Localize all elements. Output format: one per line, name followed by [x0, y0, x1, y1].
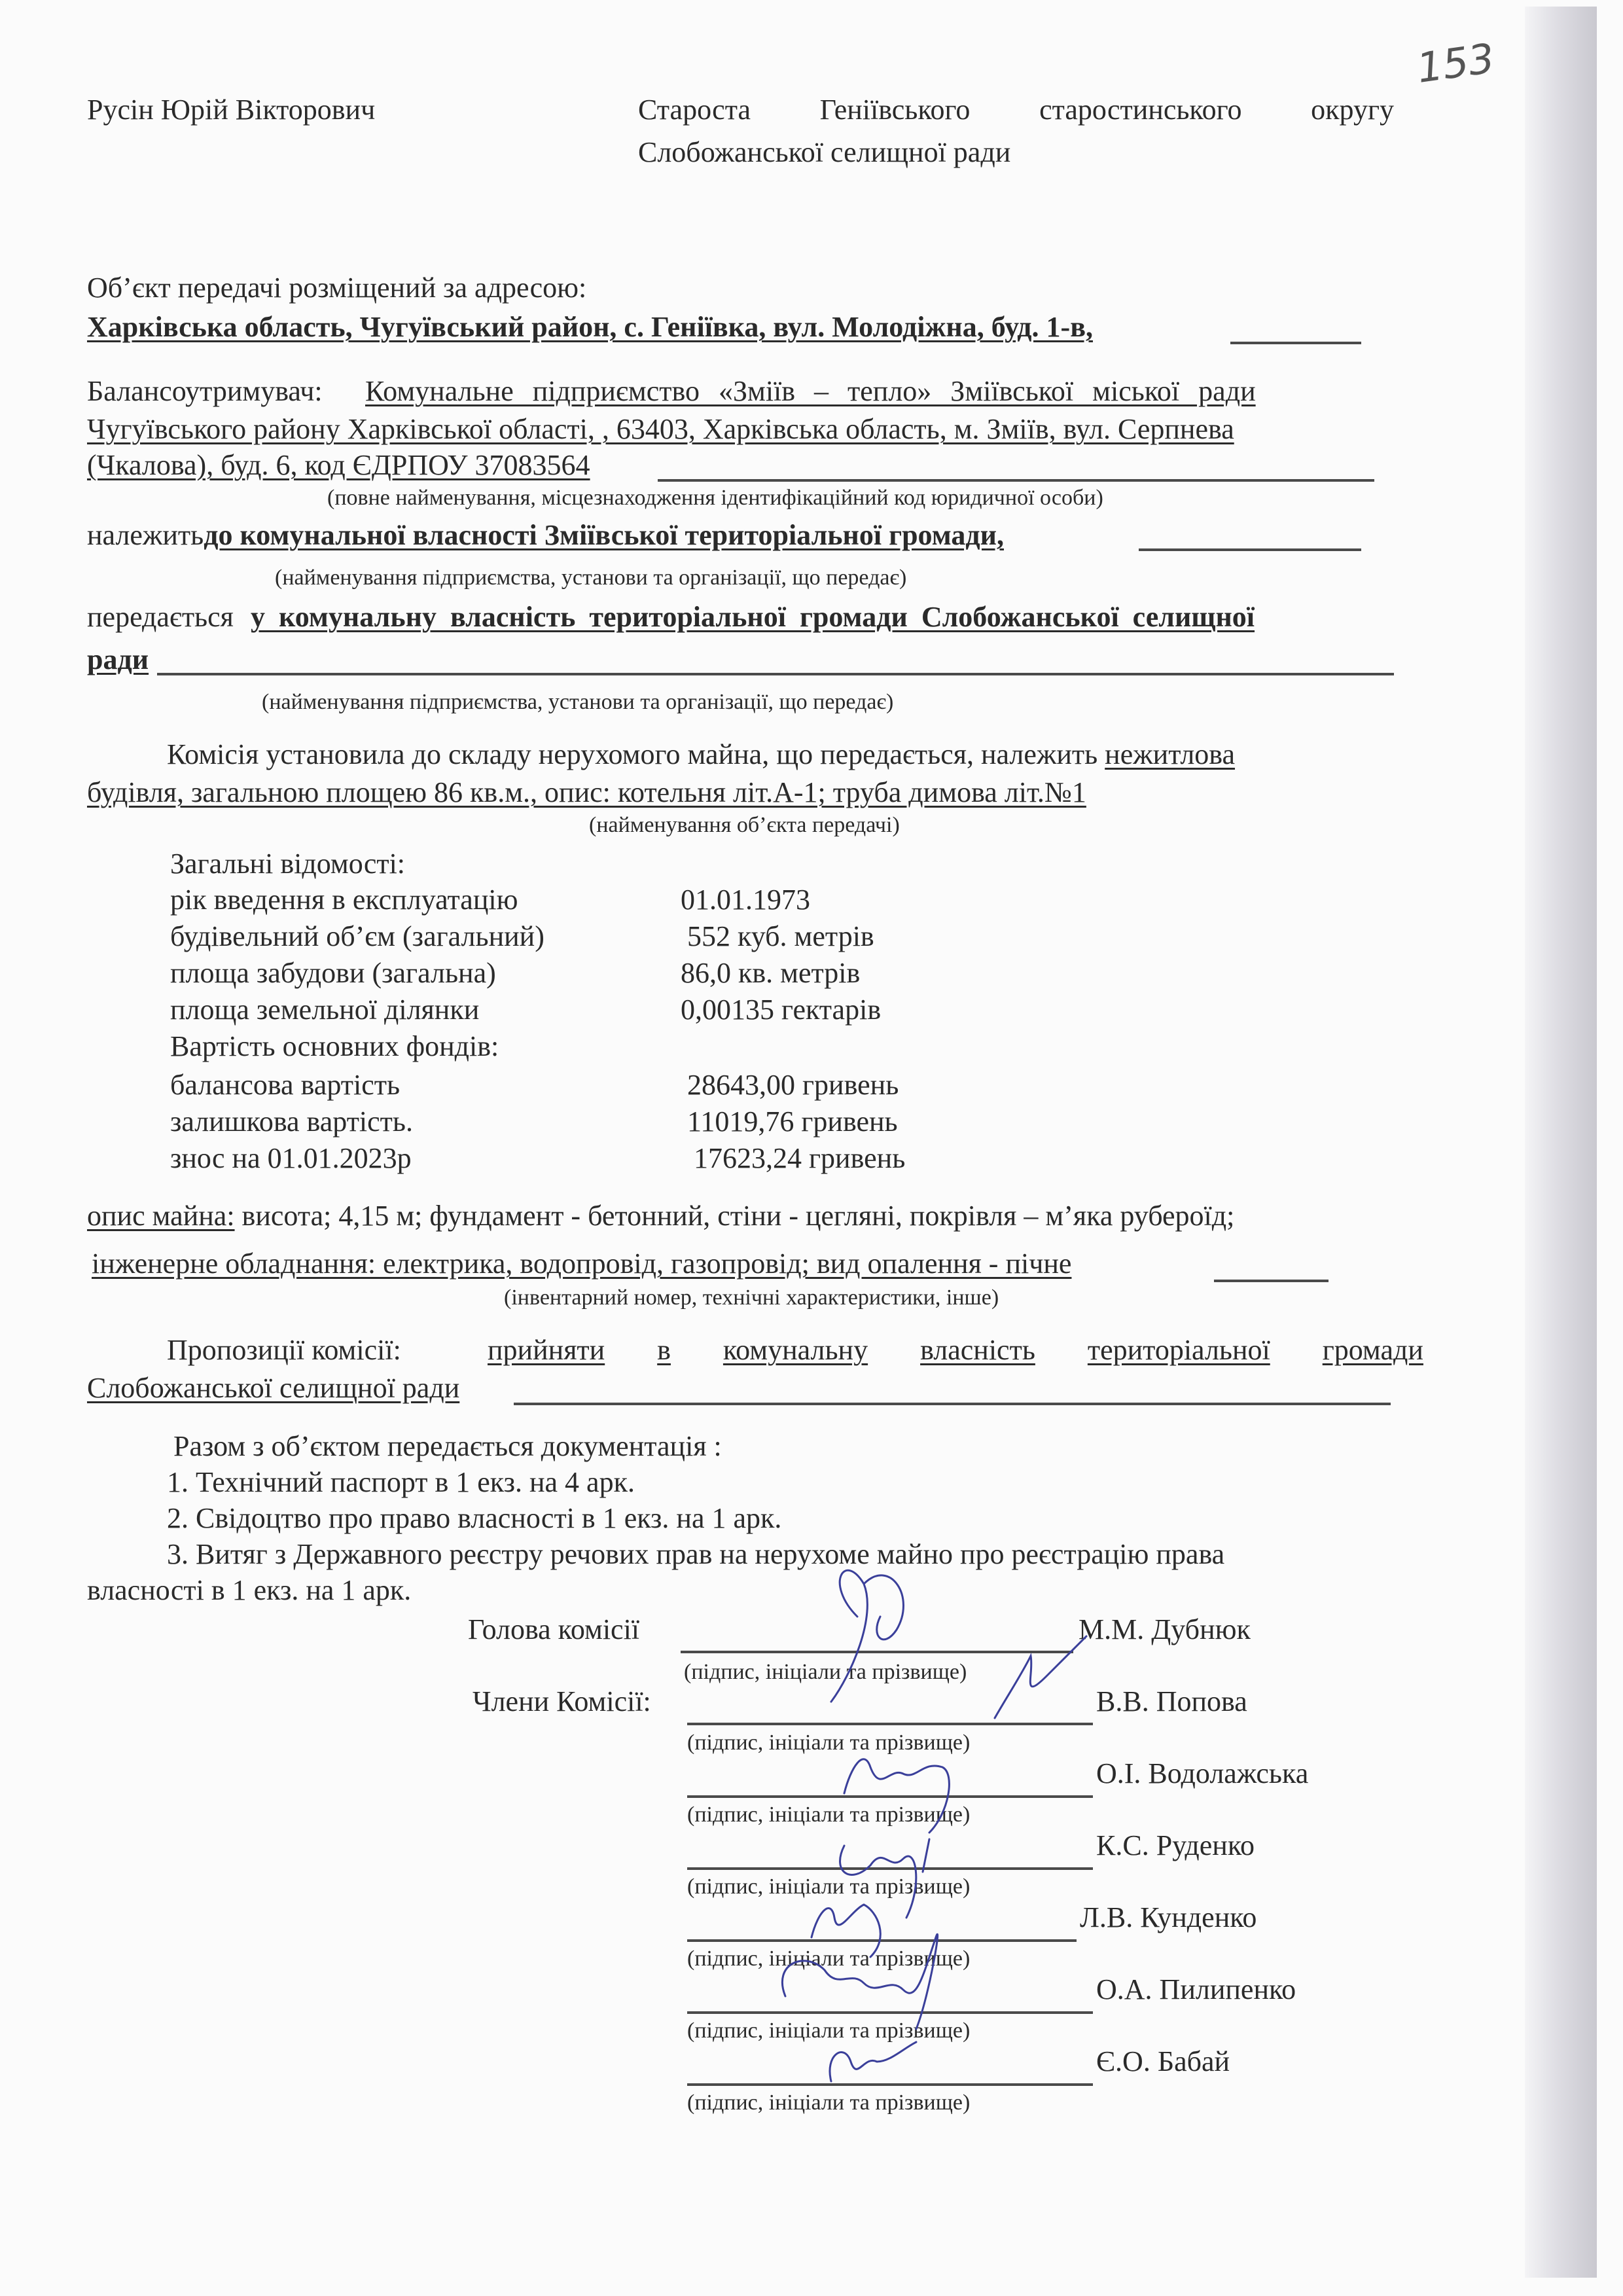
handwritten-signatures [0, 0, 1623, 2296]
document-page: 153 Русін Юрій Вікторович Староста Генії… [0, 0, 1623, 2296]
